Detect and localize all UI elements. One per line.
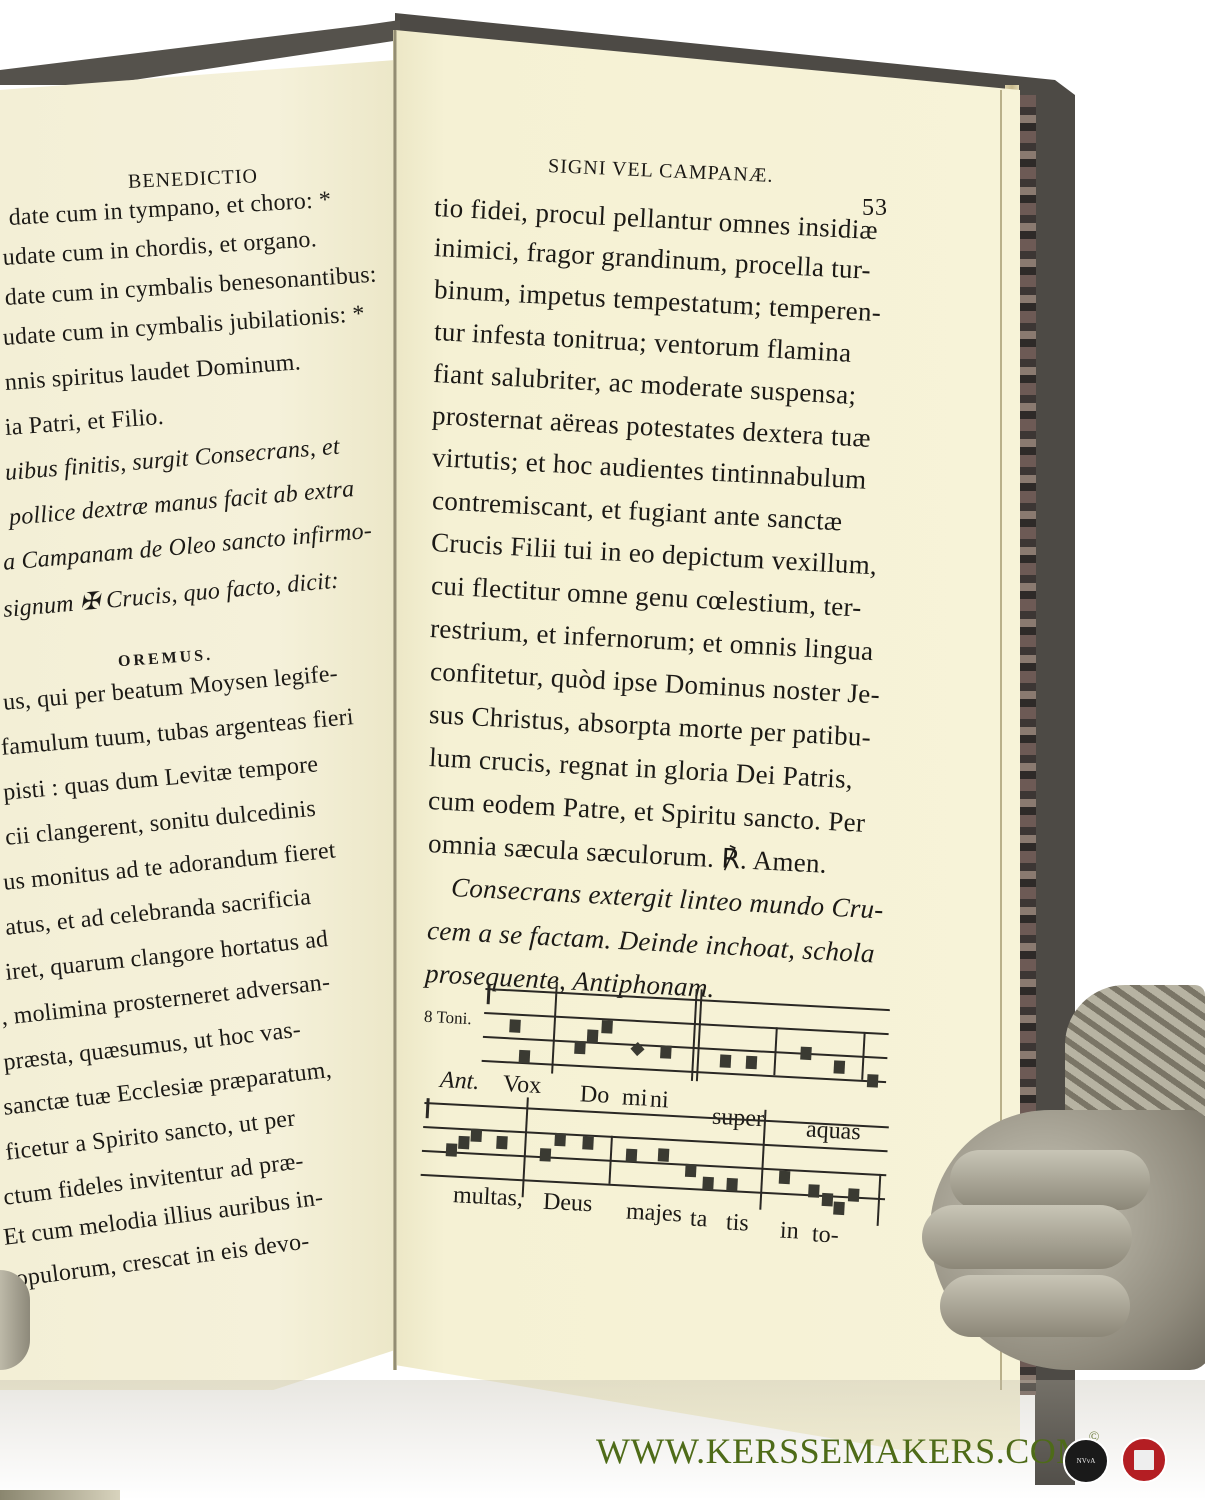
silver-finger bbox=[940, 1275, 1130, 1337]
nvva-badge-icon: NVvA bbox=[1063, 1438, 1109, 1484]
chant-lyric: tis bbox=[725, 1209, 749, 1237]
chant-lyric: ta bbox=[689, 1206, 708, 1234]
badge-2-emblem bbox=[1132, 1448, 1156, 1472]
chant-lyric-ant: Ant. bbox=[439, 1067, 480, 1096]
silver-bookstand-left bbox=[0, 1270, 30, 1370]
chant-lyric: majes bbox=[625, 1199, 682, 1229]
chant-tone-label: 8 Toni. bbox=[424, 1007, 473, 1029]
photo-scene: BENEDICTIO date cum in tympano, et choro… bbox=[0, 0, 1205, 1500]
book-gutter bbox=[393, 30, 397, 1370]
watermark: WWW.KERSSEMAKERS.COM© bbox=[596, 1430, 1100, 1472]
silver-finger bbox=[950, 1150, 1150, 1210]
ilab-badge-icon bbox=[1121, 1437, 1167, 1483]
chant-lyric: to- bbox=[811, 1221, 839, 1249]
badge-1-label: NVvA bbox=[1077, 1457, 1096, 1465]
do-clef-icon bbox=[426, 1098, 436, 1118]
silver-base bbox=[0, 1490, 120, 1500]
watermark-text: WWW.KERSSEMAKERS.COM bbox=[596, 1431, 1089, 1471]
chant-lyric: Deus bbox=[542, 1189, 593, 1219]
chant-lyric: multas, bbox=[452, 1182, 523, 1213]
silver-finger bbox=[922, 1205, 1132, 1269]
do-clef-icon bbox=[487, 984, 497, 1004]
chant-lyric: in bbox=[779, 1218, 799, 1246]
